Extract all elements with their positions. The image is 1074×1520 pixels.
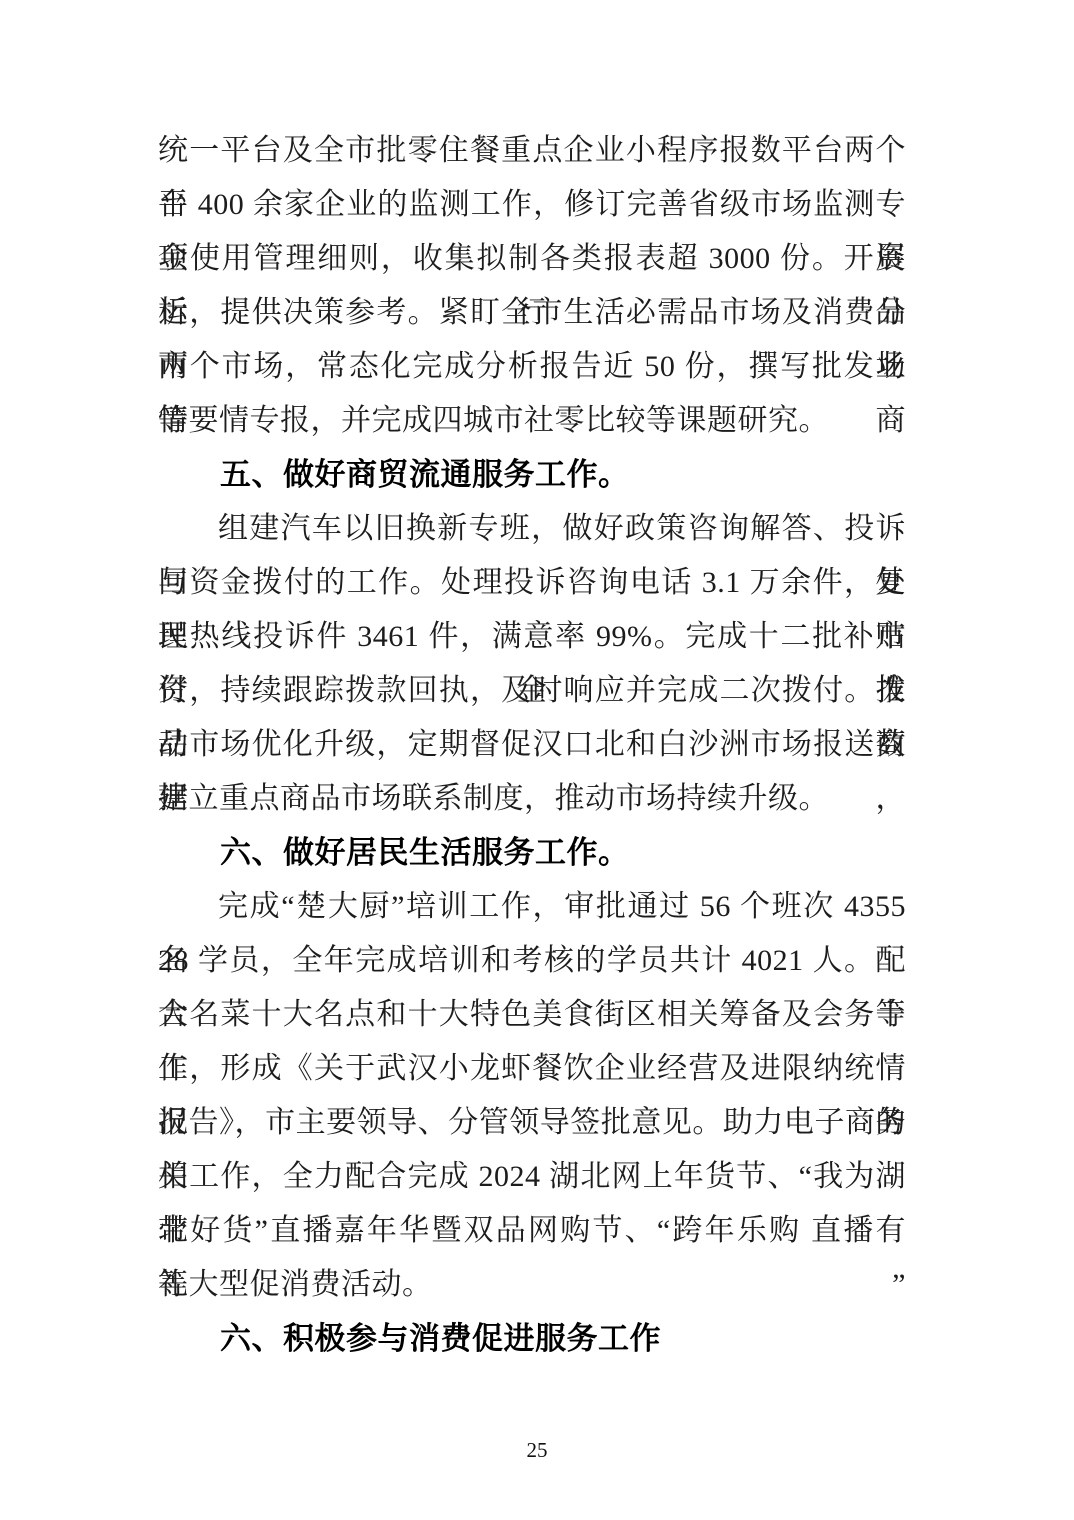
text-line: 情要情专报，并完成四城市社零比较等课题研究。	[158, 394, 906, 448]
text-line: 作，形成《关于武汉小龙虾餐饮企业经营及进限纳统情况的	[158, 1042, 906, 1096]
text-block: 统一平台及全市批零住餐重点企业小程序报数平台两个平台 400 余家企业的监测工作…	[158, 124, 906, 1366]
text-line: 与资金拨付的工作。处理投诉咨询电话 3.1 万余件，处理市	[158, 556, 906, 610]
text-line: 民热线投诉件 3461 件，满意率 99%。完成十二批补贴资金拨	[158, 610, 906, 664]
text-line: 报告》，市主要领导、分管领导签批意见。助力电子商务相	[158, 1096, 906, 1150]
text-line: 付，持续跟踪拨款回执，及时响应并完成二次拨付。推动商	[158, 664, 906, 718]
text-line: 大名菜十大名点和十大特色美食街区相关筹备及会务等工	[158, 988, 906, 1042]
page-number: 25	[0, 1438, 1074, 1463]
document-page: 统一平台及全市批零住餐重点企业小程序报数平台两个平台 400 余家企业的监测工作…	[0, 0, 1074, 1520]
text-line: 完成“楚大厨”培训工作，审批通过 56 个班次 4355 名	[158, 880, 906, 934]
text-line: 两个市场，常态化完成分析报告近 50 份，撰写批发业等商	[158, 340, 906, 394]
text-line: 组建汽车以旧换新专班，做好政策咨询解答、投诉回复	[158, 502, 906, 556]
text-line: 建立重点商品市场联系制度，推动市场持续升级。	[158, 772, 906, 826]
text-line: 析，提供决策参考。紧盯全市生活必需品市场及消费品市场	[158, 286, 906, 340]
text-line: 统一平台及全市批零住餐重点企业小程序报数平台两个平	[158, 124, 906, 178]
text-line: 关工作，全力配合完成 2024 湖北网上年货节、“我为湖北	[158, 1150, 906, 1204]
text-line: 金使用管理细则，收集拟制各类报表超 3000 份。开展运行分	[158, 232, 906, 286]
section-heading: 六、做好居民生活服务工作。	[158, 826, 906, 880]
text-line: 台 400 余家企业的监测工作，修订完善省级市场监测专项资	[158, 178, 906, 232]
section-heading: 五、做好商贸流通服务工作。	[158, 448, 906, 502]
text-line: 带好货”直播嘉年华暨双品网购节、“跨年乐购 直播有礼”	[158, 1204, 906, 1258]
text-line: 品市场优化升级，定期督促汉口北和白沙洲市场报送数据，	[158, 718, 906, 772]
section-heading: 六、积极参与消费促进服务工作	[158, 1312, 906, 1366]
text-line: 28 学员，全年完成培训和考核的学员共计 4021 人。配合十	[158, 934, 906, 988]
